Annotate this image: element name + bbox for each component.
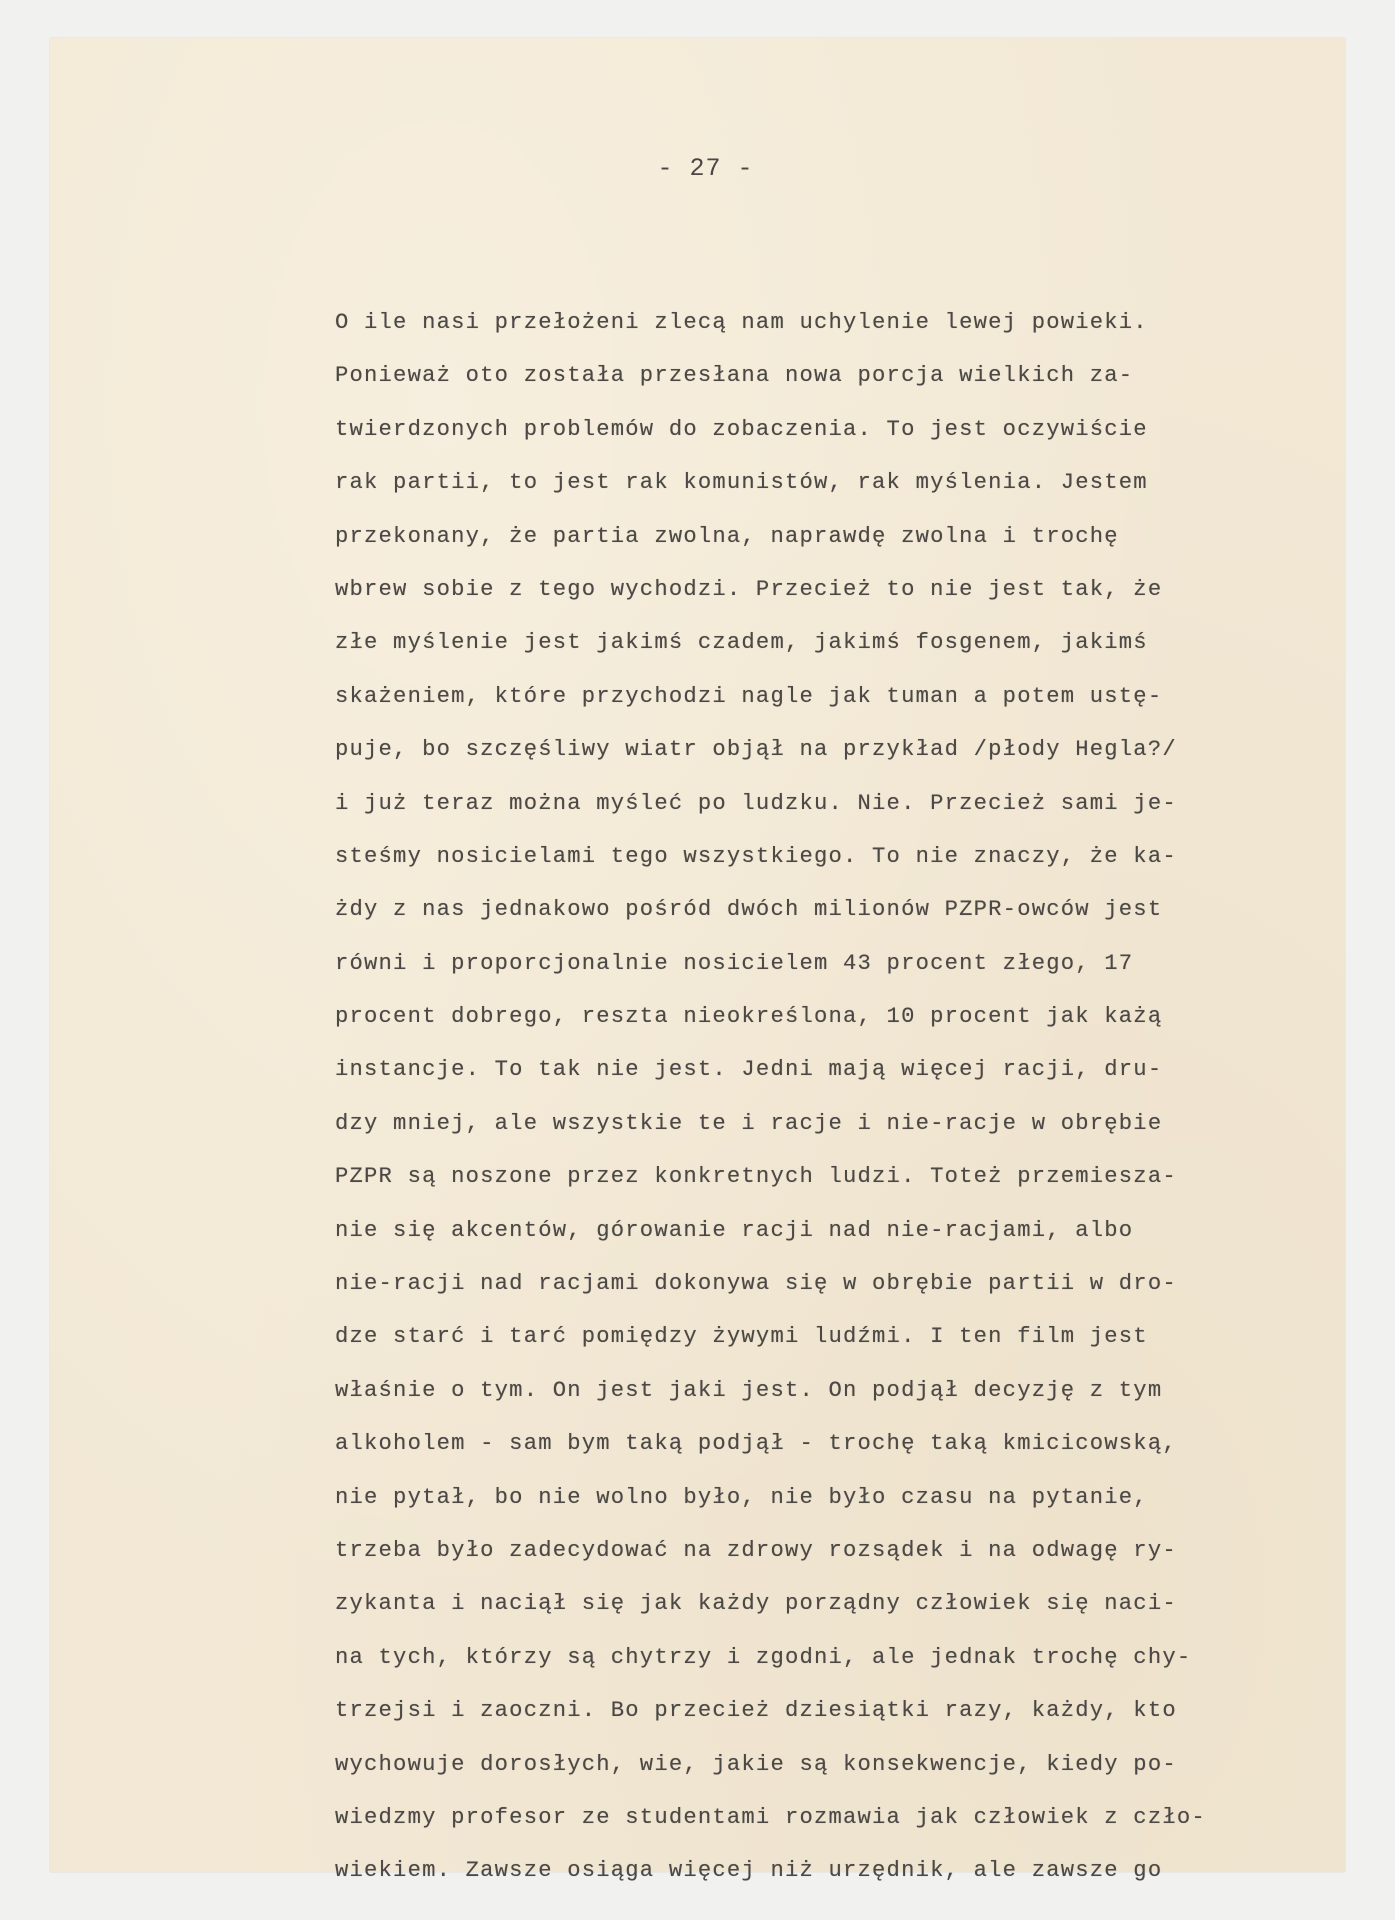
text-line: nie pytał, bo nie wolno było, nie było c… [335,1471,1345,1524]
text-line: dzy mniej, ale wszystkie te i racje i ni… [335,1097,1345,1150]
text-line: procent dobrego, reszta nieokreślona, 10… [335,990,1345,1043]
text-line: nie-racji nad racjami dokonywa się w obr… [335,1257,1345,1310]
text-line: złe myślenie jest jakimś czadem, jakimś … [335,616,1345,669]
text-line: żdy z nas jednakowo pośród dwóch milionó… [335,883,1345,936]
text-line: wiekiem. Zawsze osiąga więcej niż urzędn… [335,1844,1345,1897]
text-line: puje, bo szczęśliwy wiatr objął na przyk… [335,723,1345,776]
text-line: zykanta i naciął się jak każdy porządny … [335,1577,1345,1630]
text-line: PZPR są noszone przez konkretnych ludzi.… [335,1150,1345,1203]
text-line: wiedzmy profesor ze studentami rozmawia … [335,1791,1345,1844]
text-line: dze starć i tarć pomiędzy żywymi ludźmi.… [335,1310,1345,1363]
text-line: wbrew sobie z tego wychodzi. Przecież to… [335,563,1345,616]
text-line: trzejsi i zaoczni. Bo przecież dziesiątk… [335,1684,1345,1737]
typewritten-page: - 27 - O ile nasi przełożeni zlecą nam u… [50,38,1345,1872]
page-number: - 27 - [50,154,1345,183]
text-line: wychowuje dorosłych, wie, jakie są konse… [335,1738,1345,1791]
text-line: rak partii, to jest rak komunistów, rak … [335,456,1345,509]
text-line: instancje. To tak nie jest. Jedni mają w… [335,1043,1345,1096]
text-line: twierdzonych problemów do zobaczenia. To… [335,403,1345,456]
text-line: nie się akcentów, górowanie racji nad ni… [335,1204,1345,1257]
text-line: właśnie o tym. On jest jaki jest. On pod… [335,1364,1345,1417]
text-line: steśmy nosicielami tego wszystkiego. To … [335,830,1345,883]
text-line: przekonany, że partia zwolna, naprawdę z… [335,510,1345,563]
text-line: i już teraz można myśleć po ludzku. Nie.… [335,777,1345,830]
text-line: równi i proporcjonalnie nosicielem 43 pr… [335,937,1345,990]
body-text: O ile nasi przełożeni zlecą nam uchyleni… [335,296,1345,1898]
text-line: na tych, którzy są chytrzy i zgodni, ale… [335,1631,1345,1684]
text-line: O ile nasi przełożeni zlecą nam uchyleni… [335,296,1345,349]
text-line: Ponieważ oto została przesłana nowa porc… [335,349,1345,402]
text-line: alkoholem - sam bym taką podjął - trochę… [335,1417,1345,1470]
text-line: skażeniem, które przychodzi nagle jak tu… [335,670,1345,723]
text-line: trzeba było zadecydować na zdrowy rozsąd… [335,1524,1345,1577]
